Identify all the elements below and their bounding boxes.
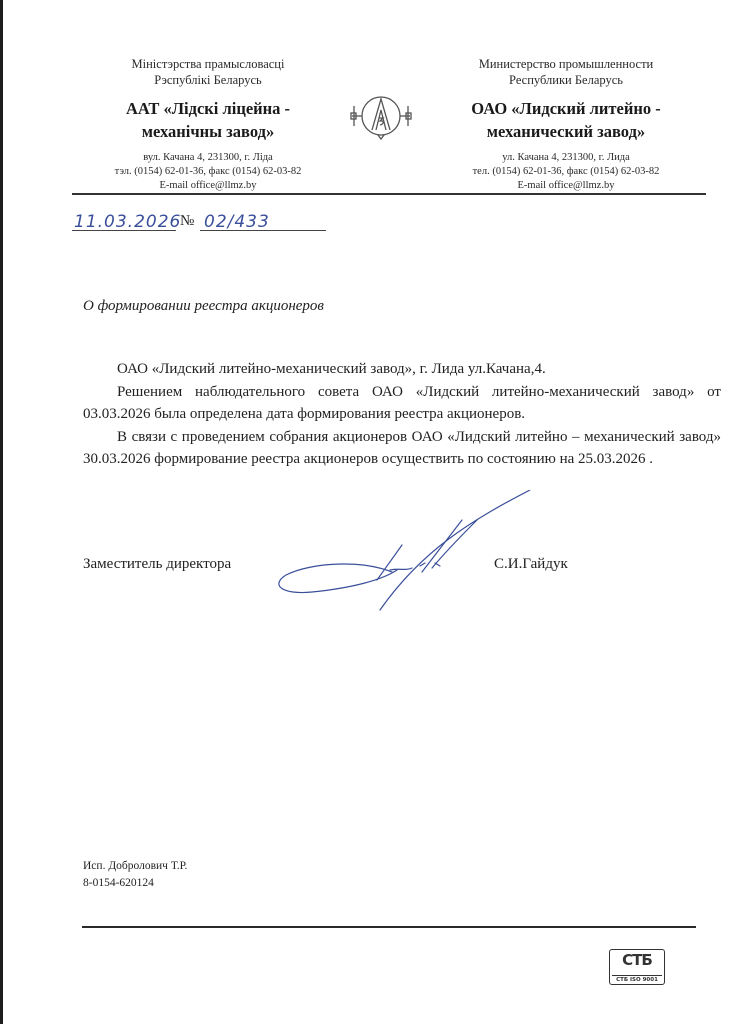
llmz-emblem-icon [350,92,412,142]
contacts-ru: ул. Качана 4, 231300, г. Лида тел. (0154… [418,151,714,193]
letterhead-belarusian: Міністэрства прамысловасці Рэспублікі Бе… [82,57,334,192]
phone-by: тэл. (0154) 62-01-36, факс (0154) 62-03-… [82,165,334,179]
header-divider [72,193,706,195]
email-ru: E-mail office@llmz.by [418,179,714,193]
ministry-name-by: Міністэрства прамысловасці Рэспублікі Бе… [82,57,334,88]
org-name-ru: ОАО «Лидский литейно - механический заво… [418,98,714,143]
address-ru: ул. Качана 4, 231300, г. Лида [418,151,714,165]
signatory-title: Заместитель директора [83,556,231,573]
number-underline [200,230,326,231]
handwritten-signature [272,490,542,615]
registration-date: 11.03.2026 [74,212,181,232]
contacts-by: вул. Качана 4, 231300, г. Ліда тэл. (015… [82,151,334,193]
ministry-name-ru: Министерство промышленности Республики Б… [418,57,714,88]
executor-name: Исп. Добролович Т.Р. [83,858,187,875]
executor-phone: 8-0154-620124 [83,875,187,892]
letter-body: ОАО «Лидский литейно-механический завод»… [83,358,721,471]
body-paragraph: ОАО «Лидский литейно-механический завод»… [83,358,721,381]
letterhead-russian: Министерство промышленности Республики Б… [418,57,714,192]
stb-mark-icon: СТБ [610,951,664,969]
executor-info: Исп. Добролович Т.Р. 8-0154-620124 [83,858,187,892]
number-sign: № [180,213,194,230]
letter-subject: О формировании реестра акционеров [83,298,324,315]
body-paragraph: В связи с проведением собрания акционеро… [83,426,721,471]
scan-edge [0,0,3,1024]
stb-iso-certification-badge: СТБ СТБ ISO 9001 [609,949,665,985]
registration-number: 02/433 [204,212,270,232]
org-name-by: ААТ «Лідскі ліцейна - механічны завод» [82,98,334,143]
phone-ru: тел. (0154) 62-01-36, факс (0154) 62-03-… [418,165,714,179]
certification-label: СТБ ISO 9001 [612,975,662,983]
footer-divider [82,926,696,928]
date-underline [72,230,176,231]
email-by: E-mail office@llmz.by [82,179,334,193]
signatory-name: С.И.Гайдук [494,556,568,573]
body-paragraph: Решением наблюдательного совета ОАО «Лид… [83,381,721,426]
address-by: вул. Качана 4, 231300, г. Ліда [82,151,334,165]
